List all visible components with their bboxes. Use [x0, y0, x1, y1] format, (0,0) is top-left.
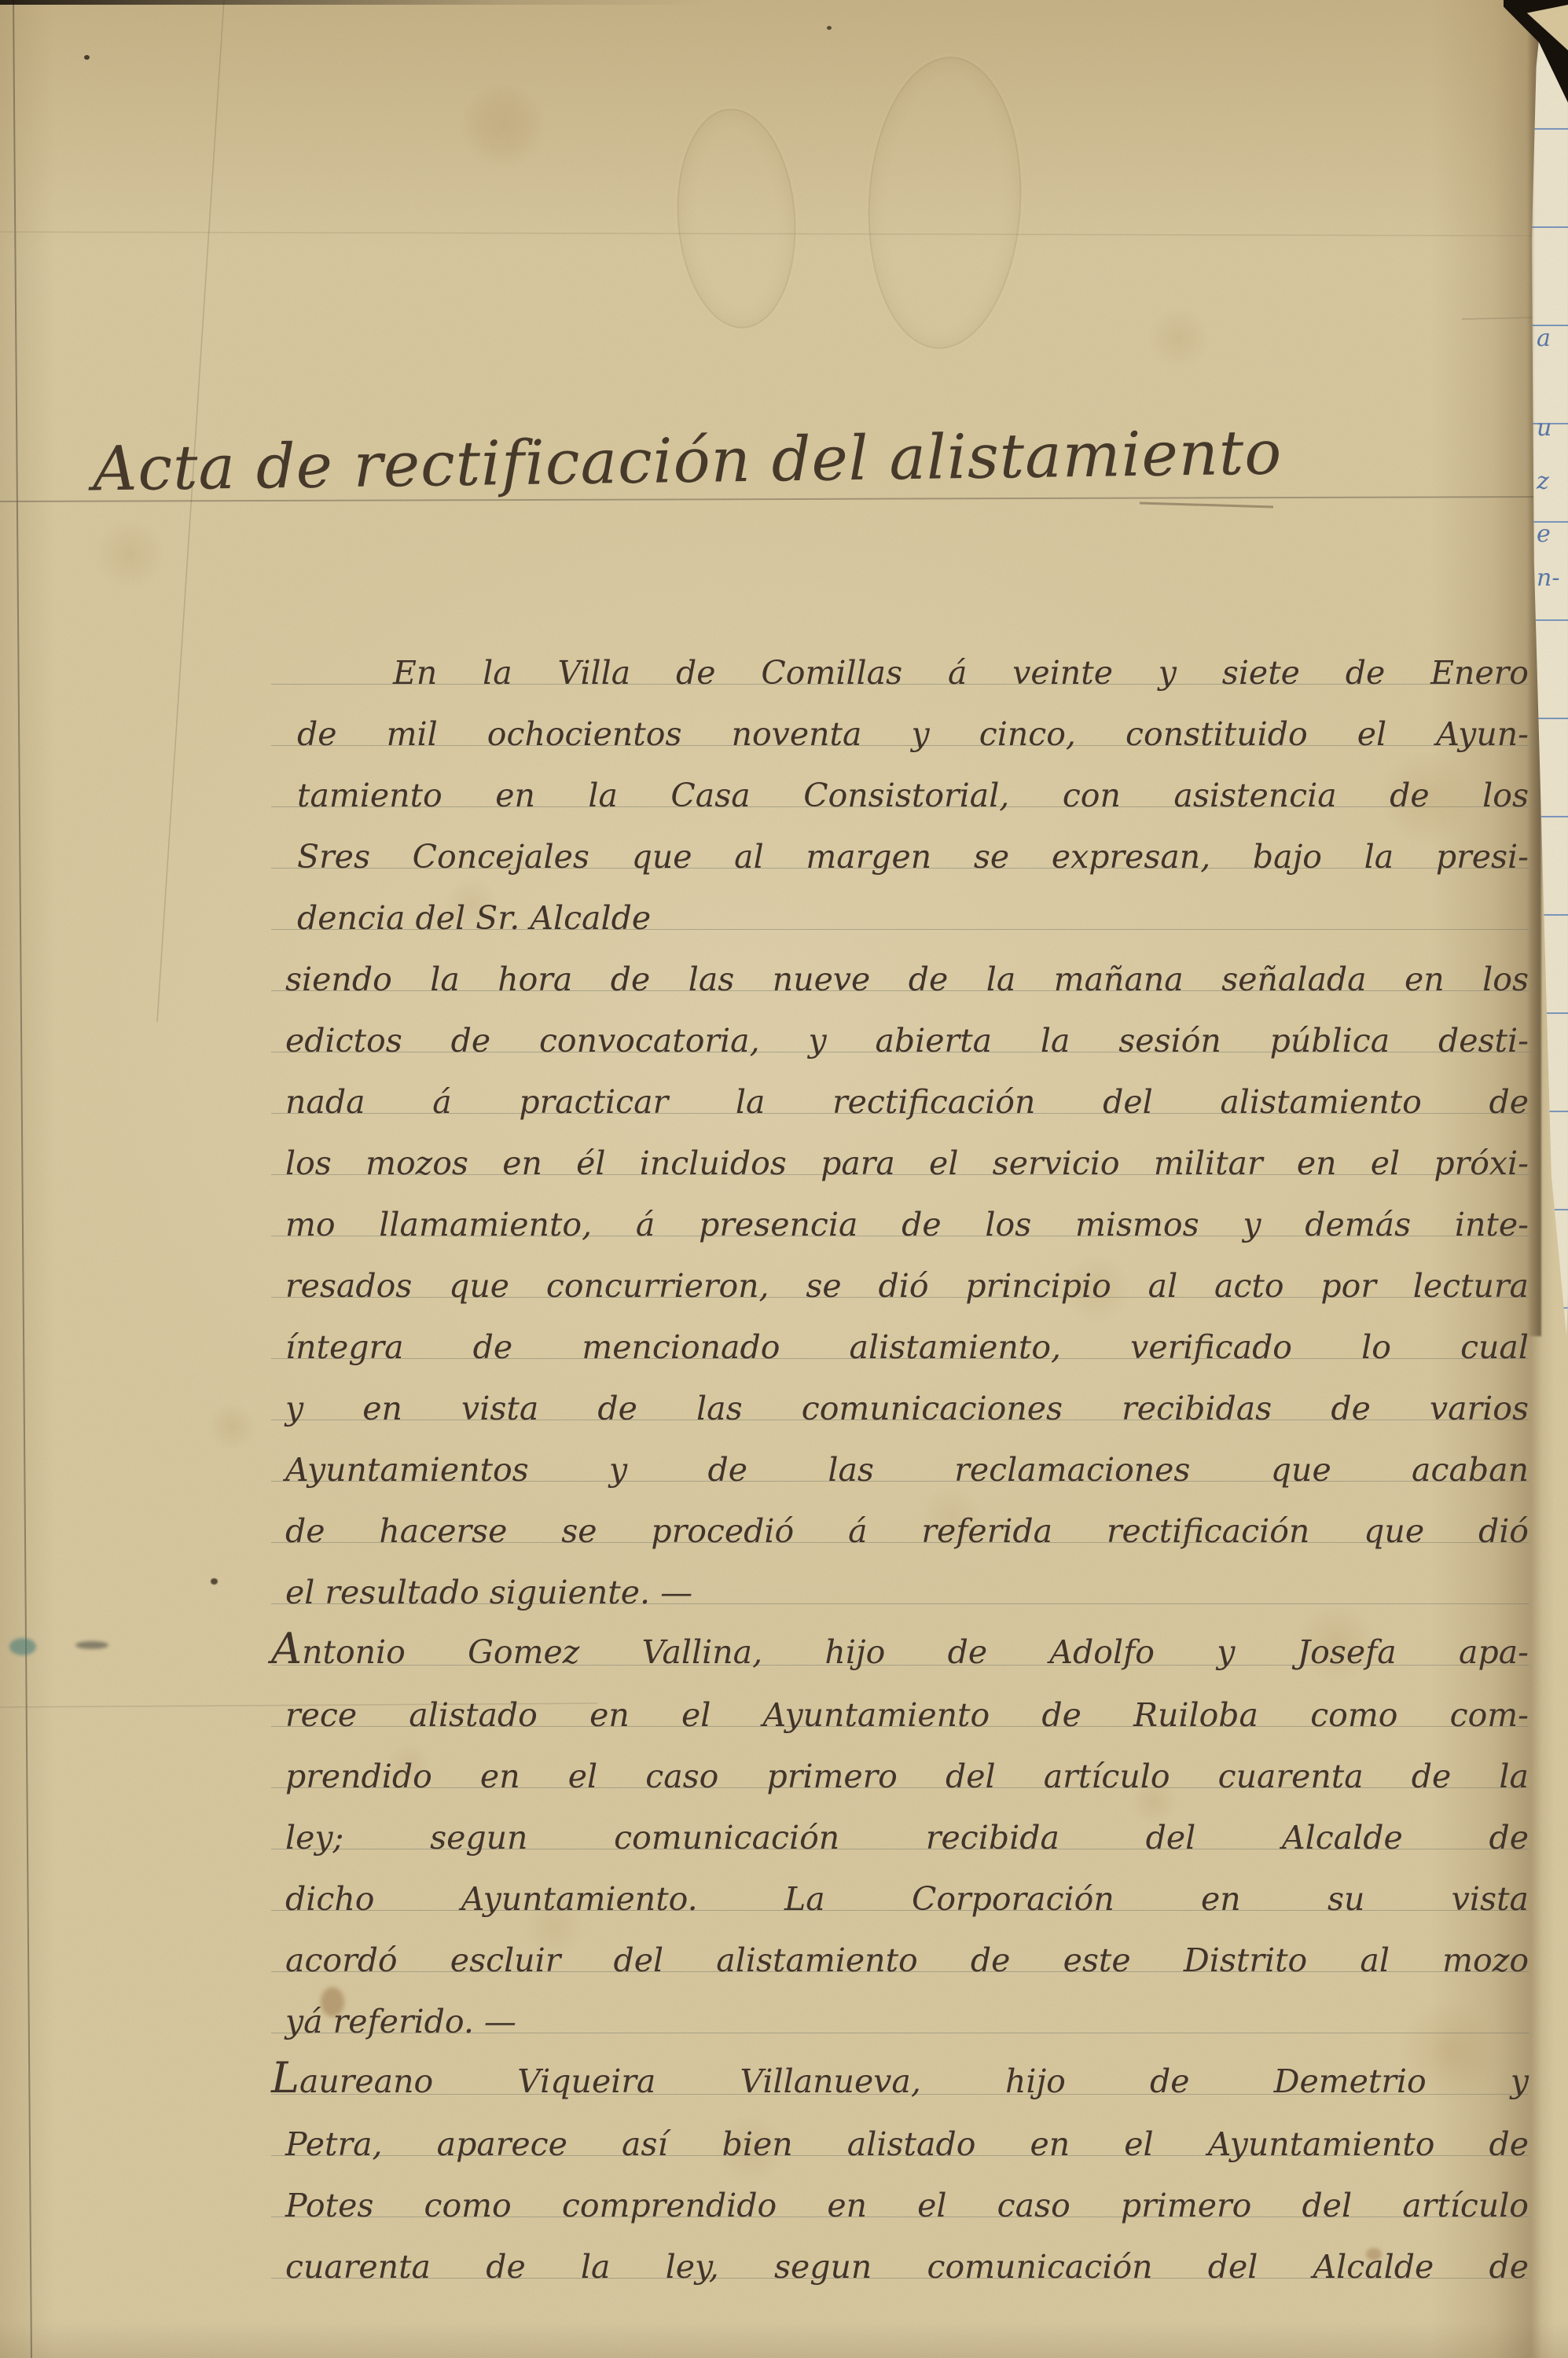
manuscript-line: mo llamamiento, á presencia de los mismo… [271, 1185, 1529, 1236]
manuscript-line-text: Potes como comprendido en el caso primer… [271, 2190, 1529, 2222]
manuscript-line: Ayuntamientos y de las reclamaciones que… [271, 1431, 1529, 1482]
manuscript-line-text: cuarenta de la ley, segun comunicación d… [271, 2251, 1529, 2283]
manuscript-line: siendo la hora de las nueve de la mañana… [271, 940, 1529, 991]
manuscript-line-text: nada á practicar la rectificación del al… [271, 1086, 1529, 1118]
adjacent-page-ink-fragment: n- [1537, 564, 1559, 592]
manuscript-line-text: íntegra de mencionado alistamiento, veri… [271, 1331, 1529, 1364]
manuscript-line: yá referido. — [271, 1982, 1529, 2033]
manuscript-line: ley; segun comunicación recibida del Alc… [271, 1798, 1529, 1849]
manuscript-line-text: los mozos en él incluidos para el servic… [271, 1148, 1529, 1180]
manuscript-line-text: tamiento en la Casa Consistorial, con as… [271, 780, 1529, 812]
manuscript-line: En la Villa de Comillas á veinte y siete… [271, 634, 1529, 685]
manuscript-line: Sres Concejales que al margen se expresa… [271, 817, 1529, 869]
manuscript-line: dencia del Sr. Alcalde [271, 879, 1529, 930]
manuscript-line: íntegra de mencionado alistamiento, veri… [271, 1308, 1529, 1359]
manuscript-line-text: Antonio Gomez Vallina, hijo de Adolfo y … [271, 1628, 1529, 1670]
manuscript-line: de mil ochocientos noventa y cinco, cons… [271, 695, 1529, 746]
manuscript-line-text: siendo la hora de las nueve de la mañana… [271, 964, 1529, 996]
manuscript-line: edictos de convocatoria, y abierta la se… [271, 1001, 1529, 1052]
manuscript-line: prendido en el caso primero del artículo… [271, 1737, 1529, 1788]
manuscript-line: Potes como comprendido en el caso primer… [271, 2166, 1529, 2217]
adjacent-page-ink-fragment: a [1537, 325, 1551, 352]
adjacent-page-ink-fragment: u [1537, 414, 1551, 442]
manuscript-line-text: edictos de convocatoria, y abierta la se… [271, 1025, 1529, 1057]
manuscript-line-text: prendido en el caso primero del artículo… [271, 1761, 1529, 1793]
manuscript-line: acordó escluir del alistamiento de este … [271, 1921, 1529, 1972]
manuscript-line-text: el resultado siguiente. — [271, 1577, 1529, 1609]
manuscript-line: Petra, aparece así bien alistado en el A… [271, 2105, 1529, 2156]
scanner-top-edge [0, 0, 1568, 5]
manuscript-line-text: Laureano Viqueira Villanueva, hijo de De… [271, 2057, 1529, 2099]
manuscript-line: Antonio Gomez Vallina, hijo de Adolfo y … [271, 1614, 1529, 1666]
manuscript-line-text: de hacerse se procedió á referida rectif… [271, 1515, 1529, 1548]
manuscript-line: el resultado siguiente. — [271, 1553, 1529, 1604]
manuscript-body: En la Villa de Comillas á veinte y siete… [0, 0, 1568, 2358]
manuscript-line: cuarenta de la ley, segun comunicación d… [271, 2228, 1529, 2279]
manuscript-line-text: dencia del Sr. Alcalde [271, 902, 1529, 935]
manuscript-line: nada á practicar la rectificación del al… [271, 1063, 1529, 1114]
manuscript-line: dicho Ayuntamiento. La Corporación en su… [271, 1860, 1529, 1911]
manuscript-line-text: rece alistado en el Ayuntamiento de Ruil… [271, 1699, 1529, 1732]
manuscript-line: y en vista de las comunicaciones recibid… [271, 1369, 1529, 1420]
manuscript-line-text: ley; segun comunicación recibida del Alc… [271, 1822, 1529, 1854]
manuscript-line-text: Sres Concejales que al margen se expresa… [271, 841, 1529, 873]
manuscript-line-text: yá referido. — [271, 2006, 1529, 2038]
scanned-manuscript-page: Acta de rectificación del alistamiento E… [0, 0, 1568, 2358]
manuscript-line-text: Petra, aparece así bien alistado en el A… [271, 2128, 1529, 2161]
manuscript-line-text: y en vista de las comunicaciones recibid… [271, 1393, 1529, 1425]
manuscript-line: Laureano Viqueira Villanueva, hijo de De… [271, 2044, 1529, 2095]
manuscript-line-text: resados que concurrieron, se dió princip… [271, 1270, 1529, 1302]
manuscript-line-text: acordó escluir del alistamiento de este … [271, 1945, 1529, 1977]
adjacent-page-ink-fragment: e [1537, 520, 1551, 548]
manuscript-line: tamiento en la Casa Consistorial, con as… [271, 756, 1529, 807]
adjacent-page-ink-fragment: z [1537, 468, 1549, 495]
manuscript-line-text: mo llamamiento, á presencia de los mismo… [271, 1209, 1529, 1241]
manuscript-line: rece alistado en el Ayuntamiento de Ruil… [271, 1676, 1529, 1727]
manuscript-line-text: dicho Ayuntamiento. La Corporación en su… [271, 1883, 1529, 1915]
manuscript-line-text: En la Villa de Comillas á veinte y siete… [271, 657, 1529, 689]
manuscript-line: de hacerse se procedió á referida rectif… [271, 1492, 1529, 1543]
manuscript-line-text: de mil ochocientos noventa y cinco, cons… [271, 718, 1529, 751]
manuscript-line-text: Ayuntamientos y de las reclamaciones que… [271, 1454, 1529, 1486]
manuscript-line: los mozos en él incluidos para el servic… [271, 1124, 1529, 1175]
manuscript-line: resados que concurrieron, se dió princip… [271, 1247, 1529, 1298]
